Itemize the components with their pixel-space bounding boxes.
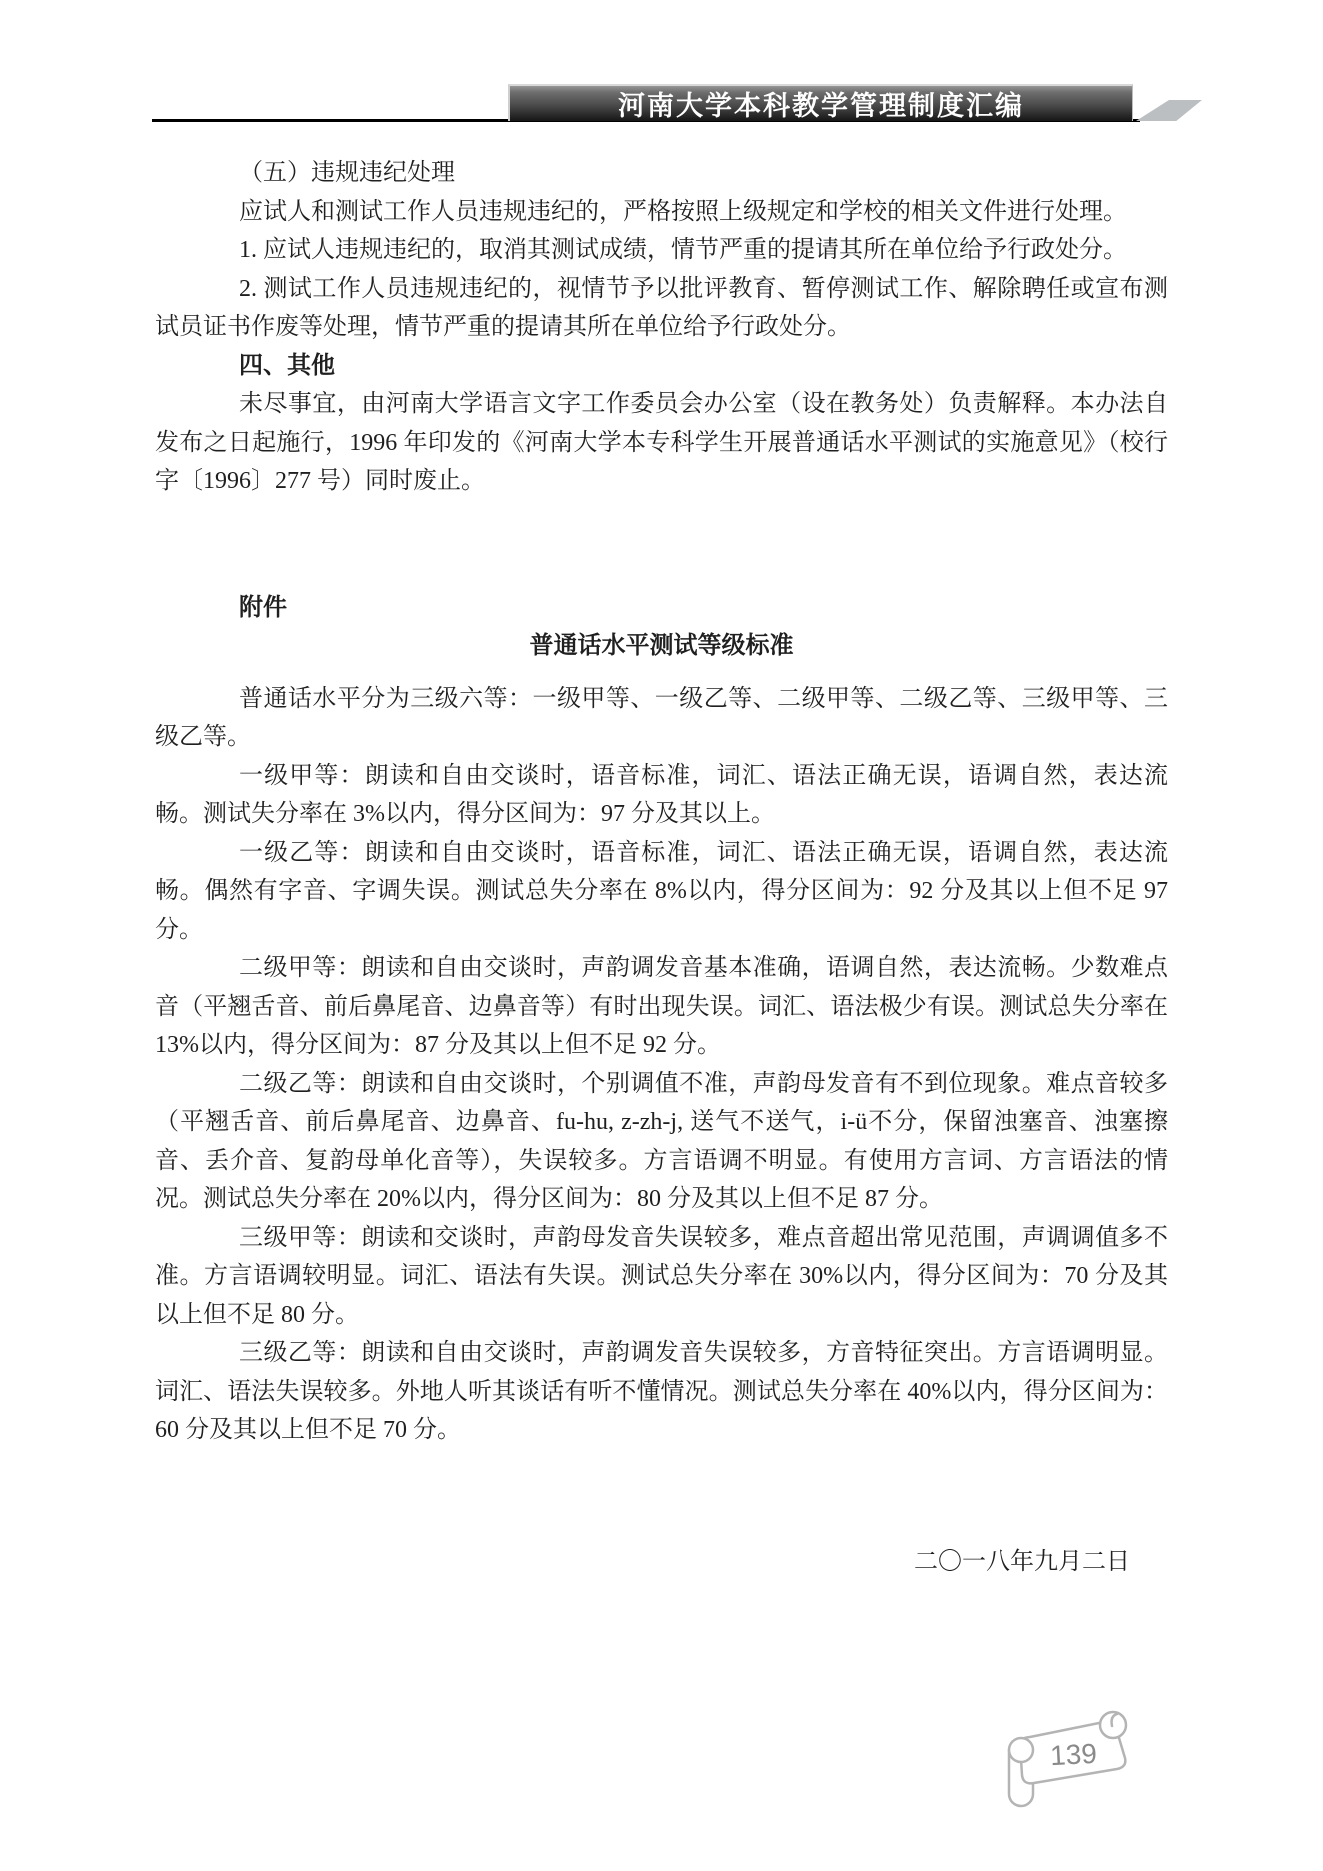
paragraph: 应试人和测试工作人员违规违纪的，严格按照上级规定和学校的相关文件进行处理。 [155,193,1168,232]
paragraph: 1. 应试人违规违纪的，取消其测试成绩，情节严重的提请其所在单位给予行政处分。 [155,231,1168,270]
closing-paragraph: 未尽事宜，由河南大学语言文字工作委员会办公室（设在教务处）负责解释。本办法自发布… [155,385,1168,501]
grade-3a-paragraph: 三级甲等：朗读和交谈时，声韵母发音失误较多，难点音超出常见范围，声调调值多不准。… [155,1219,1168,1335]
document-body: （五）违规违纪处理 应试人和测试工作人员违规违纪的，严格按照上级规定和学校的相关… [155,154,1168,1581]
grade-1b-paragraph: 一级乙等：朗读和自由交谈时，语音标准，词汇、语法正确无误，语调自然，表达流畅。偶… [155,834,1168,950]
paragraph: 2. 测试工作人员违规违纪的，视情节予以批评教育、暂停测试工作、解除聘任或宣布测… [155,270,1168,347]
attachment-label: 附件 [155,589,1168,628]
grade-2b-paragraph: 二级乙等：朗读和自由交谈时，个别调值不准，声韵母发音有不到位现象。难点音较多（平… [155,1065,1168,1219]
grade-3b-paragraph: 三级乙等：朗读和自由交谈时，声韵调发音失误较多，方音特征突出。方言语调明显。词汇… [155,1334,1168,1450]
section-5-heading: （五）违规违纪处理 [155,154,1168,193]
header-banner-title: 河南大学本科教学管理制度汇编 [618,84,1024,123]
document-date: 二〇一八年九月二日 [155,1543,1168,1582]
header-banner: 河南大学本科教学管理制度汇编 [508,84,1133,121]
attachment-title: 普通话水平测试等级标准 [155,627,1168,666]
page-number: 139 [1049,1738,1097,1771]
grade-overview-paragraph: 普通话水平分为三级六等：一级甲等、一级乙等、二级甲等、二级乙等、三级甲等、三级乙… [155,680,1168,757]
document-page: 河南大学本科教学管理制度汇编 （五）违规违纪处理 应试人和测试工作人员违规违纪的… [0,0,1323,1871]
grade-1a-paragraph: 一级甲等：朗读和自由交谈时，语音标准，词汇、语法正确无误，语调自然，表达流畅。测… [155,757,1168,834]
page-number-scroll-icon: 139 [1004,1710,1136,1810]
ribbon-arrow-icon [1136,100,1202,121]
section-4-heading: 四、其他 [155,347,1168,386]
scroll-left-roll [1009,1738,1033,1762]
grade-2a-paragraph: 二级甲等：朗读和自由交谈时，声韵调发音基本准确，语调自然，表达流畅。少数难点音（… [155,949,1168,1065]
